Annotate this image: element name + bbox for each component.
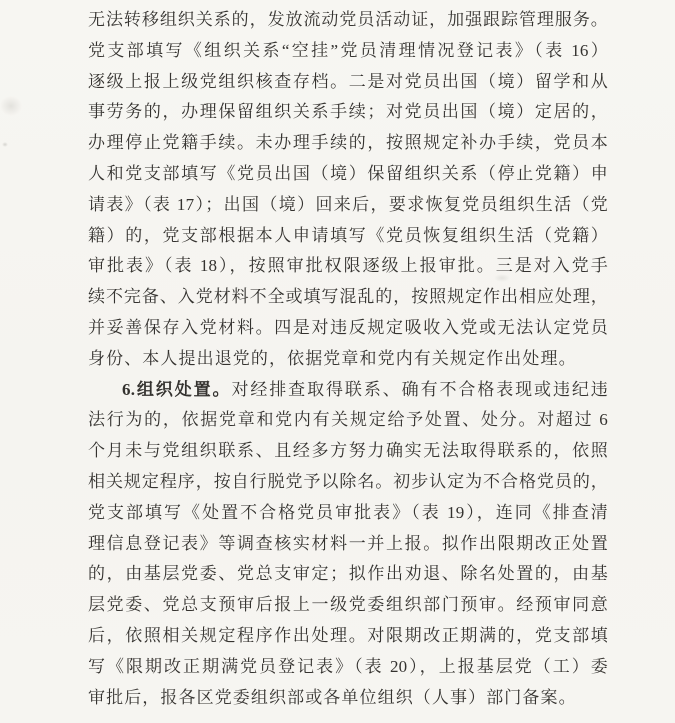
text-line: 籍）的，党支部根据本人申请填写《党员恢复组织生活（党籍） (88, 221, 608, 252)
text-line: 事劳务的，办理保留组织关系手续；对党员出国（境）定居的， (88, 97, 608, 128)
section-6-heading: 6.组织处置。 (122, 380, 231, 399)
line-text: 相关规定程序，按自行脱党予以除名。初步认定为不合格党员的， (88, 472, 608, 491)
line-text: 事劳务的，办理保留组织关系手续；对党员出国（境）定居的， (88, 102, 608, 121)
text-line: 写《限期改正期满党员登记表》（表 20），上报基层党（工）委 (88, 652, 608, 683)
line-text: 身份、本人提出退党的，依据党章和党内有关规定作出处理。 (88, 349, 577, 368)
text-line: 并妥善保存入党材料。四是对违反规定吸收入党或无法认定党员 (88, 313, 608, 344)
line-text: 续不完备、入党材料不全或填写混乱的，按照规定作出相应处理， (88, 287, 608, 306)
line-text: 审批后，报各区党委组织部或各单位组织（人事）部门备案。 (88, 688, 577, 707)
text-line: 审批表》（表 18），按照审批权限逐级上报审批。三是对入党手 (88, 251, 608, 282)
line-text: 写《限期改正期满党员登记表》（表 20），上报基层党（工）委 (88, 657, 608, 676)
text-line: 6.组织处置。对经排查取得联系、确有不合格表现或违纪违 (88, 375, 608, 406)
line-text: 党支部填写《处置不合格党员审批表》（表 19），连同《排查清 (88, 503, 608, 522)
scan-smudge (2, 142, 8, 147)
line-text: 籍）的，党支部根据本人申请填写《党员恢复组织生活（党籍） (88, 226, 608, 245)
text-line: 党支部填写《组织关系“空挂”党员清理情况登记表》（表 16） (88, 36, 608, 67)
scan-smudge (0, 96, 22, 116)
line-text: 并妥善保存入党材料。四是对违反规定吸收入党或无法认定党员 (88, 318, 608, 337)
text-line: 个月未与党组织联系、且经多方努力确实无法取得联系的，依照 (88, 436, 608, 467)
line-text: 的，由基层党委、党总支审定；拟作出劝退、除名处置的，由基 (88, 564, 608, 583)
text-line: 人和党支部填写《党员出国（境）保留组织关系（停止党籍）申 (88, 159, 608, 190)
line-text: 对经排查取得联系、确有不合格表现或违纪违 (231, 380, 608, 399)
line-text: 无法转移组织关系的，发放流动党员活动证，加强跟踪管理服务。 (88, 10, 608, 29)
line-text: 层党委、党总支预审后报上一级党委组织部门预审。经预审同意 (88, 595, 608, 614)
text-line: 层党委、党总支预审后报上一级党委组织部门预审。经预审同意 (88, 590, 608, 621)
text-line: 后，依照相关规定程序作出处理。对限期改正期满的，党支部填 (88, 621, 608, 652)
text-line: 理信息登记表》等调查核实材料一并上报。拟作出限期改正处置 (88, 529, 608, 560)
text-line: 相关规定程序，按自行脱党予以除名。初步认定为不合格党员的， (88, 467, 608, 498)
text-line: 的，由基层党委、党总支审定；拟作出劝退、除名处置的，由基 (88, 559, 608, 590)
line-text: 个月未与党组织联系、且经多方努力确实无法取得联系的，依照 (88, 441, 608, 460)
line-text: 法行为的，依据党章和党内有关规定给予处置、处分。对超过 6 (88, 410, 608, 429)
line-text: 理信息登记表》等调查核实材料一并上报。拟作出限期改正处置 (88, 534, 608, 553)
line-text: 党支部填写《组织关系“空挂”党员清理情况登记表》（表 16） (88, 41, 608, 60)
line-text: 审批表》（表 18），按照审批权限逐级上报审批。三是对入党手 (88, 256, 608, 275)
text-line: 审批后，报各区党委组织部或各单位组织（人事）部门备案。 (88, 683, 608, 714)
document-page: 无法转移组织关系的，发放流动党员活动证，加强跟踪管理服务。 党支部填写《组织关系… (0, 0, 675, 723)
line-text: 后，依照相关规定程序作出处理。对限期改正期满的，党支部填 (88, 626, 608, 645)
text-line: 党支部填写《处置不合格党员审批表》（表 19），连同《排查清 (88, 498, 608, 529)
text-line: 无法转移组织关系的，发放流动党员活动证，加强跟踪管理服务。 (88, 5, 608, 36)
text-line: 续不完备、入党材料不全或填写混乱的，按照规定作出相应处理， (88, 282, 608, 313)
line-text: 办理停止党籍手续。未办理手续的，按照规定补办手续，党员本 (88, 133, 608, 152)
text-line: 法行为的，依据党章和党内有关规定给予处置、处分。对超过 6 (88, 405, 608, 436)
body-text: 无法转移组织关系的，发放流动党员活动证，加强跟踪管理服务。 党支部填写《组织关系… (88, 5, 608, 713)
text-line: 身份、本人提出退党的，依据党章和党内有关规定作出处理。 (88, 344, 608, 375)
line-text: 请表》（表 17）；出国（境）回来后，要求恢复党员组织生活（党 (88, 195, 608, 214)
line-text: 逐级上报上级党组织核查存档。二是对党员出国（境）留学和从 (88, 72, 608, 91)
text-line: 逐级上报上级党组织核查存档。二是对党员出国（境）留学和从 (88, 67, 608, 98)
line-text: 人和党支部填写《党员出国（境）保留组织关系（停止党籍）申 (88, 164, 608, 183)
text-line: 办理停止党籍手续。未办理手续的，按照规定补办手续，党员本 (88, 128, 608, 159)
text-line: 请表》（表 17）；出国（境）回来后，要求恢复党员组织生活（党 (88, 190, 608, 221)
